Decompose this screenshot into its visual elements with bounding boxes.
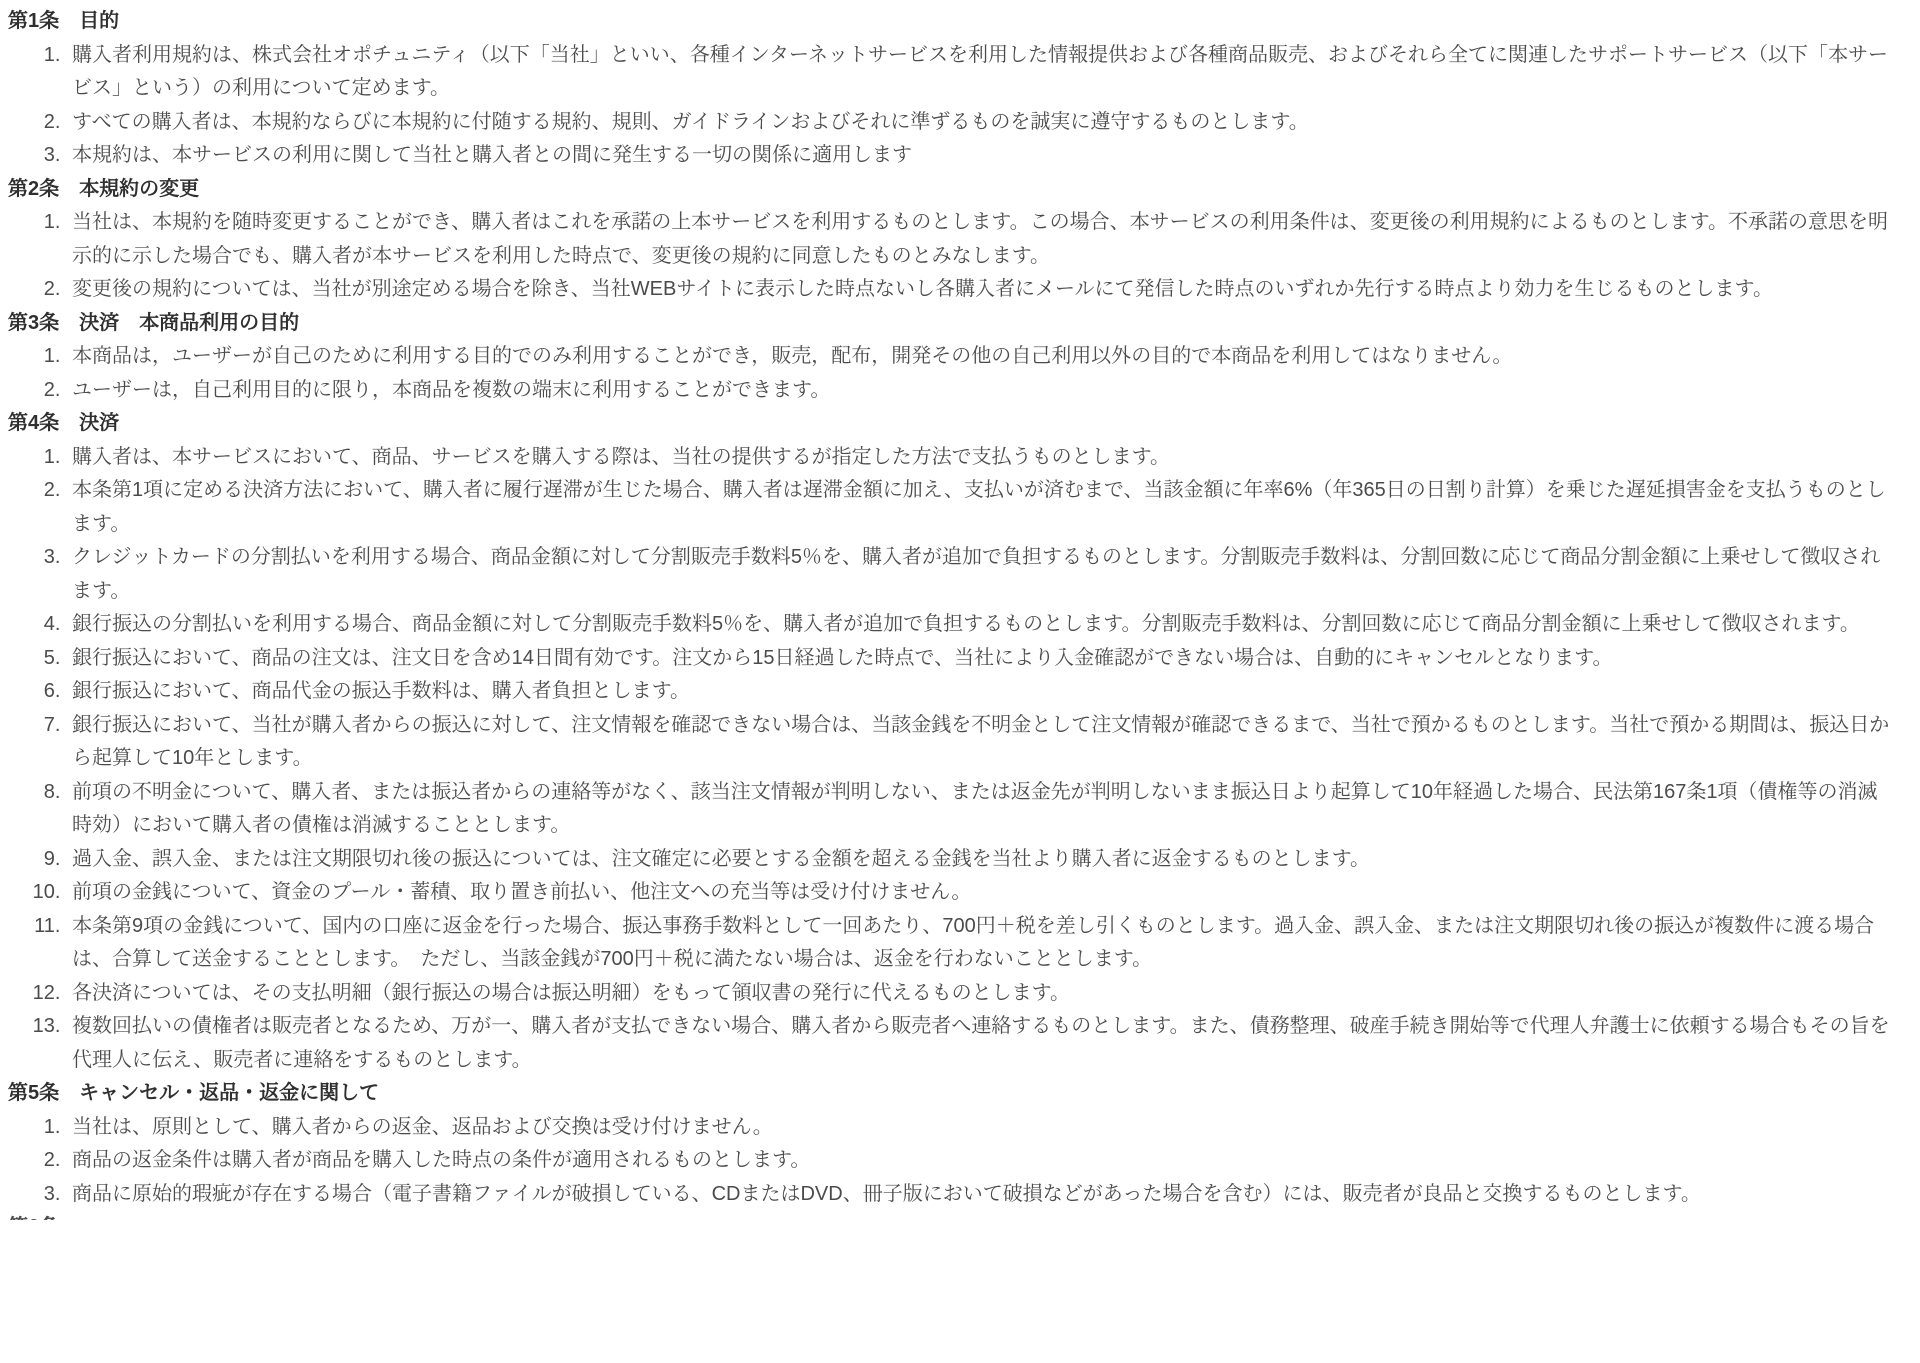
article-5-items: 当社は、原則として、購入者からの返金、返品および交換は受け付けません。 商品の返… <box>8 1111 1894 1212</box>
terms-item: 各決済については、その支払明細（銀行振込の場合は振込明細）をもって領収書の発行に… <box>66 977 1894 1011</box>
article-2-items: 当社は、本規約を随時変更することができ、購入者はこれを承諾の上本サービスを利用す… <box>8 206 1894 307</box>
terms-item: クレジットカードの分割払いを利用する場合、商品金額に対して分割販売手数料5％を、… <box>66 541 1894 608</box>
article-3-items: 本商品は，ユーザーが自己のために利用する目的でのみ利用することができ，販売，配布… <box>8 340 1894 407</box>
terms-item: 変更後の規約については、当社が別途定める場合を除き、当社WEBサイトに表示した時… <box>66 273 1894 307</box>
terms-item: 購入者は、本サービスにおいて、商品、サービスを購入する際は、当社の提供するが指定… <box>66 441 1894 475</box>
terms-item: 前項の金銭について、資金のプール・蓄積、取り置き前払い、他注文への充当等は受け付… <box>66 876 1894 910</box>
terms-item: 複数回払いの債権者は販売者となるため、万が一、購入者が支払できない場合、購入者か… <box>66 1010 1894 1077</box>
terms-item: 銀行振込において、当社が購入者からの振込に対して、注文情報を確認できない場合は、… <box>66 709 1894 776</box>
article-4: 第4条 決済 購入者は、本サービスにおいて、商品、サービスを購入する際は、当社の… <box>8 407 1894 1077</box>
terms-item: 銀行振込において、商品代金の振込手数料は、購入者負担とします。 <box>66 675 1894 709</box>
article-3-heading: 第3条 決済 本商品利用の目的 <box>8 307 1894 341</box>
article-4-items: 購入者は、本サービスにおいて、商品、サービスを購入する際は、当社の提供するが指定… <box>8 441 1894 1078</box>
article-1-items: 購入者利用規約は、株式会社オポチュニティ（以下「当社」といい、各種インターネット… <box>8 39 1894 173</box>
terms-item: 前項の不明金について、購入者、または振込者からの連絡等がなく、該当注文情報が判明… <box>66 776 1894 843</box>
article-1: 第1条 目的 購入者利用規約は、株式会社オポチュニティ（以下「当社」といい、各種… <box>8 5 1894 173</box>
article-2-heading: 第2条 本規約の変更 <box>8 173 1894 207</box>
terms-item: 本条第9項の金銭について、国内の口座に返金を行った場合、振込事務手数料として一回… <box>66 910 1894 977</box>
terms-item: 当社は、本規約を随時変更することができ、購入者はこれを承諾の上本サービスを利用す… <box>66 206 1894 273</box>
article-4-heading: 第4条 決済 <box>8 407 1894 441</box>
terms-item: 当社は、原則として、購入者からの返金、返品および交換は受け付けません。 <box>66 1111 1894 1145</box>
terms-item: 商品の返金条件は購入者が商品を購入した時点の条件が適用されるものとします。 <box>66 1144 1894 1178</box>
article-6-heading-cutoff: 第6条 <box>8 1211 1894 1220</box>
terms-item: 本条第1項に定める決済方法において、購入者に履行遅滞が生じた場合、購入者は遅滞金… <box>66 474 1894 541</box>
terms-item: 商品に原始的瑕疵が存在する場合（電子書籍ファイルが破損している、CDまたはDVD… <box>66 1178 1894 1212</box>
article-5-heading: 第5条 キャンセル・返品・返金に関して <box>8 1077 1894 1111</box>
terms-item: 本商品は，ユーザーが自己のために利用する目的でのみ利用することができ，販売，配布… <box>66 340 1894 374</box>
article-2: 第2条 本規約の変更 当社は、本規約を随時変更することができ、購入者はこれを承諾… <box>8 173 1894 307</box>
terms-item: ユーザーは，自己利用目的に限り，本商品を複数の端末に利用することができます。 <box>66 374 1894 408</box>
terms-item: 購入者利用規約は、株式会社オポチュニティ（以下「当社」といい、各種インターネット… <box>66 39 1894 106</box>
terms-item: 本規約は、本サービスの利用に関して当社と購入者との間に発生する一切の関係に適用し… <box>66 139 1894 173</box>
terms-document: 第1条 目的 購入者利用規約は、株式会社オポチュニティ（以下「当社」といい、各種… <box>8 5 1894 1220</box>
article-1-heading: 第1条 目的 <box>8 5 1894 39</box>
article-5: 第5条 キャンセル・返品・返金に関して 当社は、原則として、購入者からの返金、返… <box>8 1077 1894 1211</box>
terms-item: すべての購入者は、本規約ならびに本規約に付随する規約、規則、ガイドラインおよびそ… <box>66 106 1894 140</box>
terms-document-page: { "document": { "articles": [ { "heading… <box>0 0 1920 1363</box>
terms-item: 過入金、誤入金、または注文期限切れ後の振込については、注文確定に必要とする金額を… <box>66 843 1894 877</box>
terms-item: 銀行振込の分割払いを利用する場合、商品金額に対して分割販売手数料5％を、購入者が… <box>66 608 1894 642</box>
article-3: 第3条 決済 本商品利用の目的 本商品は，ユーザーが自己のために利用する目的での… <box>8 307 1894 408</box>
terms-item: 銀行振込において、商品の注文は、注文日を含め14日間有効です。注文から15日経過… <box>66 642 1894 676</box>
